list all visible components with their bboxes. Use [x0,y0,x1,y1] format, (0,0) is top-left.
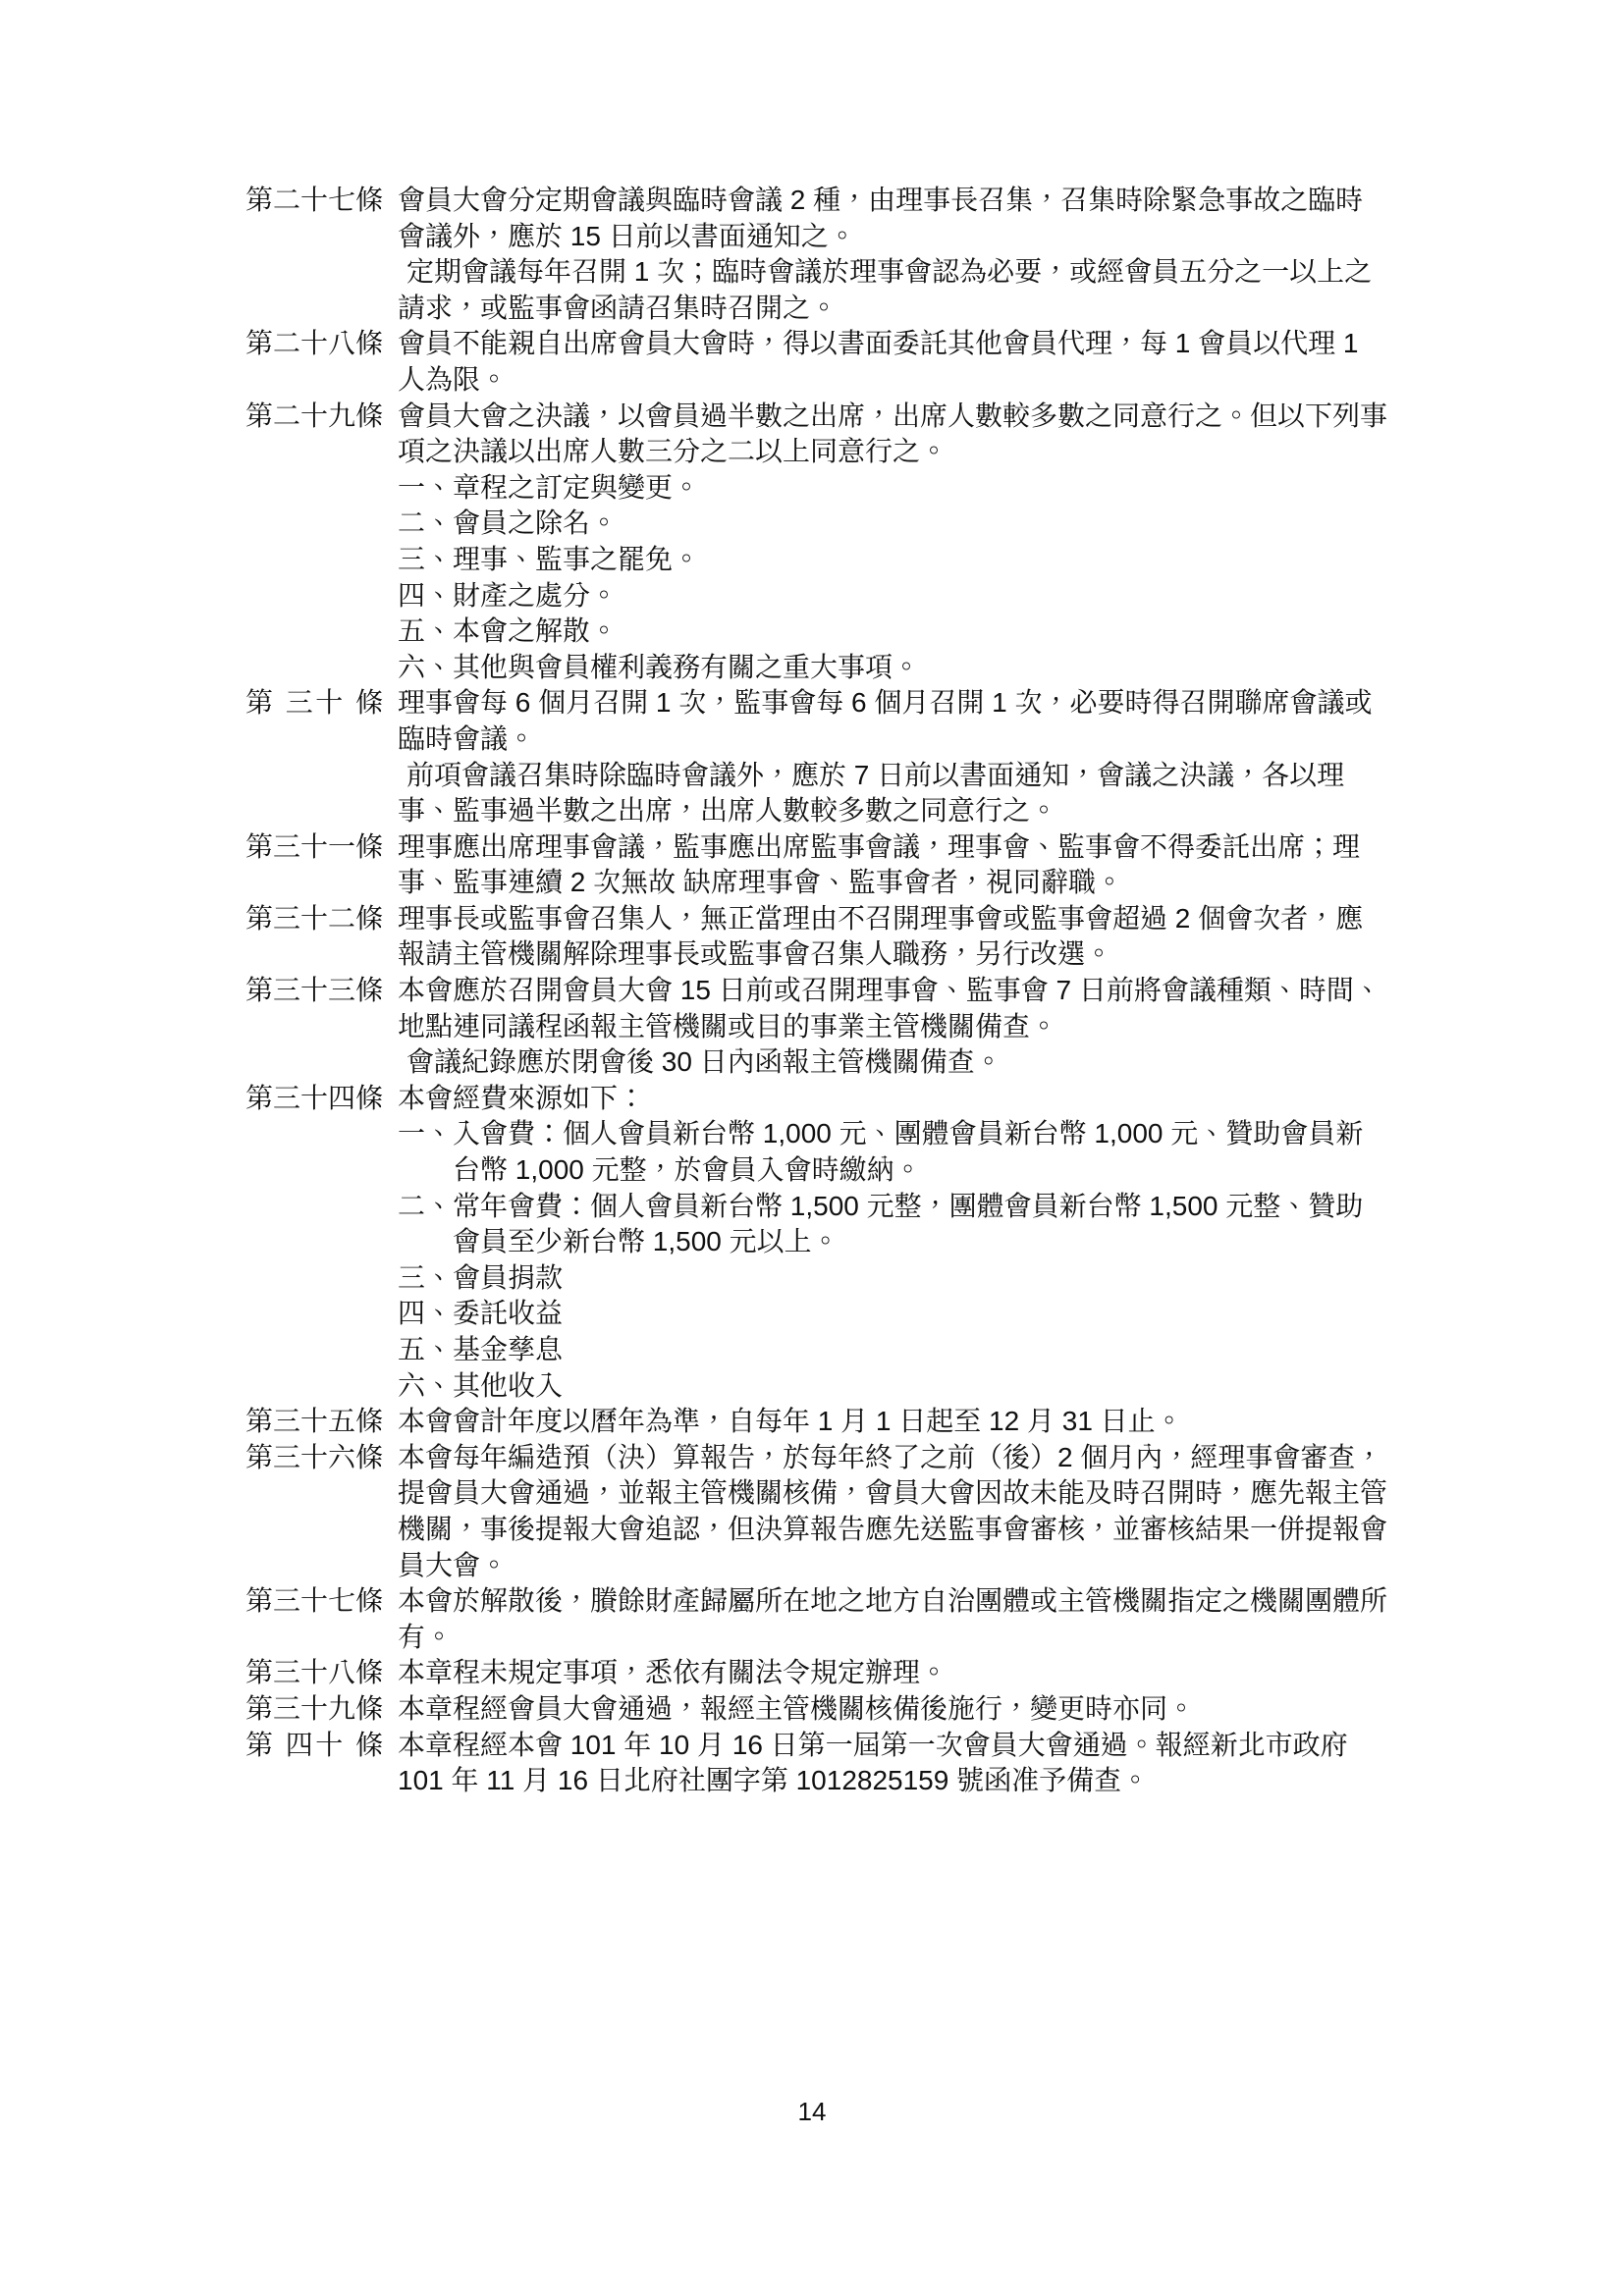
article-number: 第二十九條 [245,399,383,435]
article-body: 本章程未規定事項，悉依有關法令規定辦理。 [398,1655,1388,1691]
article-paragraph: 本會經費來源如下： [398,1081,1388,1117]
article-paragraph: 定期會議每年召開 1 次；臨時會議於理事會認為必要，或經會員五分之一以上之請求，… [398,254,1388,326]
page-footer: 14 [0,2097,1624,2126]
article-number: 第 四十 條 [245,1728,383,1764]
article-number: 第三十九條 [245,1691,383,1728]
article-number: 第三十六條 [245,1440,383,1476]
article: 第三十三條本會應於召開會員大會 15 日前或召開理事會、監事會 7 日前將會議種… [245,973,1388,1081]
article-body: 本章程經會員大會通過，報經主管機關核備後施行，變更時亦同。 [398,1691,1388,1728]
article: 第三十七條本會於解散後，賸餘財產歸屬所在地之地方自治團體或主管機關指定之機關團體… [245,1583,1388,1655]
article-paragraph: 三、會員捐款 [398,1260,1388,1297]
article-paragraph: 一、章程之訂定與變更。 [398,470,1388,507]
article-paragraph: 本會會計年度以曆年為準，自每年 1 月 1 日起至 12 月 31 日止。 [398,1404,1388,1440]
article-body: 會員大會分定期會議與臨時會議 2 種，由理事長召集，召集時除緊急事故之臨時會議外… [398,183,1388,326]
article: 第三十五條本會會計年度以曆年為準，自每年 1 月 1 日起至 12 月 31 日… [245,1404,1388,1440]
page-number: 14 [798,2097,827,2126]
article-number: 第三十二條 [245,901,383,937]
article-paragraph: 五、基金孳息 [398,1332,1388,1368]
article-paragraph: 會員不能親自出席會員大會時，得以書面委託其他會員代理，每 1 會員以代理 1 人… [398,326,1388,398]
article-paragraph: 會議紀錄應於閉會後 30 日內函報主管機關備查。 [398,1044,1388,1081]
article: 第二十七條會員大會分定期會議與臨時會議 2 種，由理事長召集，召集時除緊急事故之… [245,183,1388,326]
article-number: 第三十五條 [245,1404,383,1440]
article-paragraph: 二、常年會費：個人會員新台幣 1,500 元整，團體會員新台幣 1,500 元整… [398,1189,1388,1260]
article-body: 理事應出席理事會議，監事應出席監事會議，理事會、監事會不得委託出席；理事、監事連… [398,829,1388,901]
article: 第三十八條本章程未規定事項，悉依有關法令規定辦理。 [245,1655,1388,1691]
article: 第 四十 條本章程經本會 101 年 10 月 16 日第一屆第一次會員大會通過… [245,1728,1388,1799]
article-paragraph: 二、會員之除名。 [398,506,1388,542]
article-body: 本會每年編造預（決）算報告，於每年終了之前（後）2 個月內，經理事會審查，提會員… [398,1440,1388,1583]
article-body: 本會應於召開會員大會 15 日前或召開理事會、監事會 7 日前將會議種類、時間、… [398,973,1388,1081]
article: 第三十一條理事應出席理事會議，監事應出席監事會議，理事會、監事會不得委託出席；理… [245,829,1388,901]
article-paragraph: 本會應於召開會員大會 15 日前或召開理事會、監事會 7 日前將會議種類、時間、… [398,973,1388,1044]
article: 第 三十 條理事會每 6 個月召開 1 次，監事會每 6 個月召開 1 次，必要… [245,685,1388,828]
article-paragraph: 六、其他與會員權利義務有關之重大事項。 [398,650,1388,686]
article-number: 第三十三條 [245,973,383,1009]
articles-list: 第二十七條會員大會分定期會議與臨時會議 2 種，由理事長召集，召集時除緊急事故之… [245,183,1388,1799]
article-body: 本會於解散後，賸餘財產歸屬所在地之地方自治團體或主管機關指定之機關團體所有。 [398,1583,1388,1655]
article-number: 第三十一條 [245,829,383,866]
article-number: 第三十七條 [245,1583,383,1620]
article-body: 理事會每 6 個月召開 1 次，監事會每 6 個月召開 1 次，必要時得召開聯席… [398,685,1388,828]
article-paragraph: 三、理事、監事之罷免。 [398,542,1388,578]
article-body: 本章程經本會 101 年 10 月 16 日第一屆第一次會員大會通過。報經新北市… [398,1728,1388,1799]
article-paragraph: 本章程未規定事項，悉依有關法令規定辦理。 [398,1655,1388,1691]
document-page: 第二十七條會員大會分定期會議與臨時會議 2 種，由理事長召集，召集時除緊急事故之… [0,0,1624,2296]
article-paragraph: 理事應出席理事會議，監事應出席監事會議，理事會、監事會不得委託出席；理事、監事連… [398,829,1388,901]
article-number: 第三十八條 [245,1655,383,1691]
article-number: 第 三十 條 [245,685,383,721]
article-paragraph: 四、委託收益 [398,1296,1388,1332]
article-number: 第二十八條 [245,326,383,362]
article-paragraph: 六、其他收入 [398,1368,1388,1405]
article-number: 第三十四條 [245,1081,383,1117]
article-paragraph: 本會每年編造預（決）算報告，於每年終了之前（後）2 個月內，經理事會審查，提會員… [398,1440,1388,1583]
article-paragraph: 一、入會費：個人會員新台幣 1,000 元、團體會員新台幣 1,000 元、贊助… [398,1116,1388,1188]
article-paragraph: 理事長或監事會召集人，無正當理由不召開理事會或監事會超過 2 個會次者，應報請主… [398,901,1388,973]
article-body: 理事長或監事會召集人，無正當理由不召開理事會或監事會超過 2 個會次者，應報請主… [398,901,1388,973]
article: 第三十二條理事長或監事會召集人，無正當理由不召開理事會或監事會超過 2 個會次者… [245,901,1388,973]
article-paragraph: 本章程經會員大會通過，報經主管機關核備後施行，變更時亦同。 [398,1691,1388,1728]
article: 第二十九條會員大會之決議，以會員過半數之出席，出席人數較多數之同意行之。但以下列… [245,399,1388,686]
article-paragraph: 五、本會之解散。 [398,614,1388,650]
article-number: 第二十七條 [245,183,383,219]
article-paragraph: 本會於解散後，賸餘財產歸屬所在地之地方自治團體或主管機關指定之機關團體所有。 [398,1583,1388,1655]
article-paragraph: 會員大會分定期會議與臨時會議 2 種，由理事長召集，召集時除緊急事故之臨時會議外… [398,183,1388,254]
article: 第三十六條本會每年編造預（決）算報告，於每年終了之前（後）2 個月內，經理事會審… [245,1440,1388,1583]
article-body: 會員大會之決議，以會員過半數之出席，出席人數較多數之同意行之。但以下列事項之決議… [398,399,1388,686]
article: 第二十八條會員不能親自出席會員大會時，得以書面委託其他會員代理，每 1 會員以代… [245,326,1388,398]
article-paragraph: 理事會每 6 個月召開 1 次，監事會每 6 個月召開 1 次，必要時得召開聯席… [398,685,1388,757]
article-body: 會員不能親自出席會員大會時，得以書面委託其他會員代理，每 1 會員以代理 1 人… [398,326,1388,398]
article: 第三十九條本章程經會員大會通過，報經主管機關核備後施行，變更時亦同。 [245,1691,1388,1728]
article-body: 本會會計年度以曆年為準，自每年 1 月 1 日起至 12 月 31 日止。 [398,1404,1388,1440]
article-body: 本會經費來源如下：一、入會費：個人會員新台幣 1,000 元、團體會員新台幣 1… [398,1081,1388,1404]
article-paragraph: 本章程經本會 101 年 10 月 16 日第一屆第一次會員大會通過。報經新北市… [398,1728,1388,1799]
article-paragraph: 四、財產之處分。 [398,578,1388,614]
article: 第三十四條本會經費來源如下：一、入會費：個人會員新台幣 1,000 元、團體會員… [245,1081,1388,1404]
article-paragraph: 會員大會之決議，以會員過半數之出席，出席人數較多數之同意行之。但以下列事項之決議… [398,399,1388,470]
article-paragraph: 前項會議召集時除臨時會議外，應於 7 日前以書面通知，會議之決議，各以理事、監事… [398,758,1388,829]
